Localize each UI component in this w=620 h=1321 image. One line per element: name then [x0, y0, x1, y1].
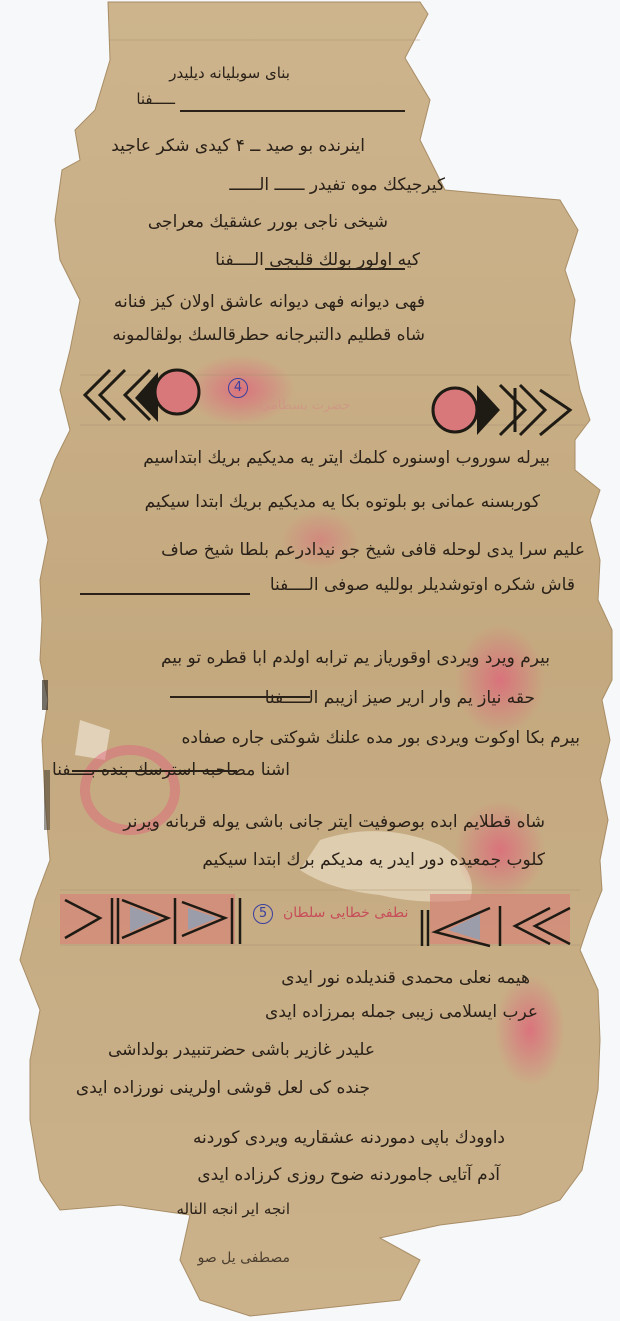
text-line: شاه قطلایم ابده بوصوفیت ایتر جانی باشی ی… [123, 812, 545, 832]
text-line: ـــــفنا [136, 90, 175, 108]
text-line: بیرله سوروب اوسنوره کلمك ایتر یه مدیکیم … [143, 448, 550, 468]
text-line: عرب ایسلامی زیبی جمله بمرزاده ایدی [265, 1002, 538, 1022]
refrain-rule [265, 268, 405, 270]
text-line: جنده کی لعل قوشی اولرینی نورزاده ایدی [76, 1078, 370, 1098]
refrain-rule [170, 696, 310, 698]
refrain-rule [72, 770, 237, 772]
text-line: حقه نیاز یم وار اریر صیز ازیبم الـــــفن… [265, 688, 535, 708]
text-line: علیم سرا یدی لوحله قافی شیخ جو نیدادرعم … [161, 540, 585, 560]
text-line: بیرم بکا اوکوت ویردی بور مده علنك شوکتی … [181, 728, 580, 748]
text-line: کلوب جمعیده دور ایدر یه مدیکم برك ابتدا … [202, 850, 545, 870]
text-line: بیرم ویرد ویردی اوقوریاز یم ترابه اولدم … [161, 648, 550, 668]
text-line: قاش شکره اوتوشدیلر بوللیه صوفی الــــفنا [270, 575, 575, 595]
text-line: کیه اولور بولك قلبجی الــــفنا [215, 250, 420, 270]
text-line: اینرنده بو صید ــ ۴ کیدی شکر عاجید [111, 136, 365, 156]
text-line: شاه قطلیم دالتبرجانه حطرقالسك بولقالمونه [112, 325, 425, 345]
refrain-rule [180, 110, 405, 112]
refrain-rule [80, 593, 250, 595]
text-line: بنای سوبلیانه دیلیدر [169, 64, 290, 82]
text-line: فهی دیوانه فهی دیوانه عاشق اولان کیز فنا… [114, 292, 425, 312]
manuscript-scan: بنای سوبلیانه دیلیدر ـــــفنا اینرنده بو… [0, 0, 620, 1321]
section-number-5: 5 [253, 904, 273, 924]
text-line: علیدر غازیر باشی حضرتنبیدر بولداشی [108, 1040, 375, 1060]
section-title-red: نطفی خطایی سلطان [283, 905, 408, 921]
faded-red-title: حضرت بسطامی [260, 398, 351, 413]
text-line: کوربسنه عمانی بو بلوتوه بکا یه مدیکیم بر… [145, 492, 540, 512]
text-line: شیخی ناجی بورر عشقیك معراجی [148, 212, 388, 232]
text-line: داوودك باپی دموردنه عشقاریه ویردی کوردنه [193, 1128, 505, 1148]
text-line: آدم آتایی جاموردنه ضوح روزی کرزاده ایدی [197, 1165, 500, 1185]
text-line: مصطفی یل صو [198, 1250, 290, 1266]
text-line: هیمه نعلی محمدی قندیلده نور ایدی [281, 968, 530, 988]
section-number-4: 4 [228, 378, 248, 398]
text-line: انجه ایر انجه الناله [176, 1200, 290, 1218]
text-line: کیرجیکك موه تفیدر ــــــ الــــــ [229, 175, 445, 195]
